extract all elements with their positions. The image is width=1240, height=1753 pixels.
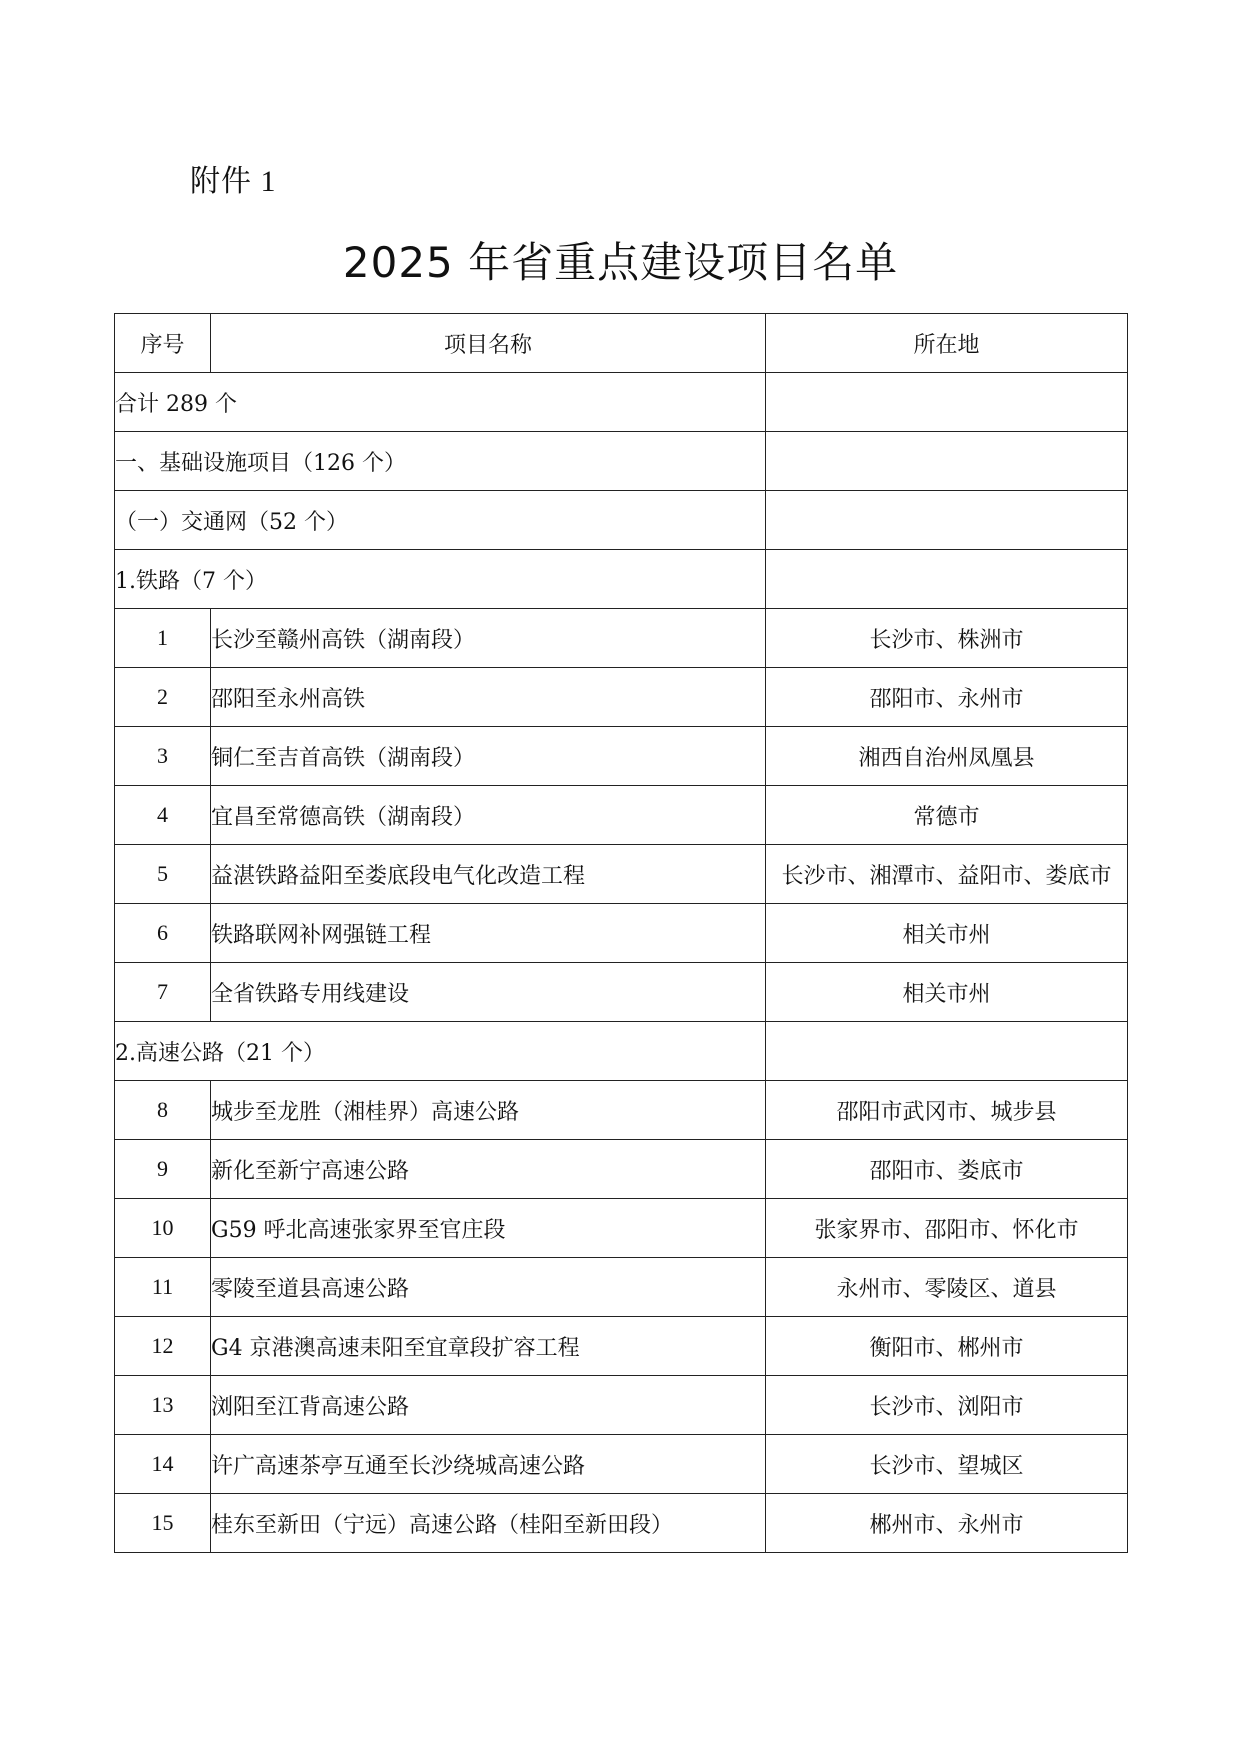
table-row: 11 零陵至道县高速公路 永州市、零陵区、道县 bbox=[115, 1258, 1128, 1317]
category-row: 一、基础设施项目（126 个） bbox=[115, 432, 1128, 491]
category-label: 一、基础设施项目（126 个） bbox=[115, 432, 766, 491]
row-location: 长沙市、株洲市 bbox=[766, 609, 1128, 668]
row-location: 张家界市、邵阳市、怀化市 bbox=[766, 1199, 1128, 1258]
row-no: 10 bbox=[115, 1199, 211, 1258]
row-no: 1 bbox=[115, 609, 211, 668]
subcategory-label: （一）交通网（52 个） bbox=[115, 491, 766, 550]
row-no: 4 bbox=[115, 786, 211, 845]
row-no: 13 bbox=[115, 1376, 211, 1435]
row-location: 相关市州 bbox=[766, 963, 1128, 1022]
row-location: 邵阳市、娄底市 bbox=[766, 1140, 1128, 1199]
row-location: 邵阳市武冈市、城步县 bbox=[766, 1081, 1128, 1140]
header-no: 序号 bbox=[115, 314, 211, 373]
row-no: 7 bbox=[115, 963, 211, 1022]
row-location: 长沙市、湘潭市、益阳市、娄底市 bbox=[766, 845, 1128, 904]
table-row: 5 益湛铁路益阳至娄底段电气化改造工程 长沙市、湘潭市、益阳市、娄底市 bbox=[115, 845, 1128, 904]
document-title: 2025 年省重点建设项目名单 bbox=[114, 236, 1127, 290]
table-row: 12 G4 京港澳高速耒阳至宜章段扩容工程 衡阳市、郴州市 bbox=[115, 1317, 1128, 1376]
group-row-expressway: 2.高速公路（21 个） bbox=[115, 1022, 1128, 1081]
group-location-empty bbox=[766, 1022, 1128, 1081]
row-no: 5 bbox=[115, 845, 211, 904]
total-row: 合计 289 个 bbox=[115, 373, 1128, 432]
row-name: 长沙至赣州高铁（湖南段） bbox=[211, 609, 766, 668]
group-row-railway: 1.铁路（7 个） bbox=[115, 550, 1128, 609]
attachment-label: 附件 1 bbox=[190, 162, 277, 202]
group-label: 2.高速公路（21 个） bbox=[115, 1022, 766, 1081]
row-no: 14 bbox=[115, 1435, 211, 1494]
row-name: 宜昌至常德高铁（湖南段） bbox=[211, 786, 766, 845]
row-location: 长沙市、浏阳市 bbox=[766, 1376, 1128, 1435]
row-location: 永州市、零陵区、道县 bbox=[766, 1258, 1128, 1317]
row-name: 许广高速茶亭互通至长沙绕城高速公路 bbox=[211, 1435, 766, 1494]
total-label: 合计 289 个 bbox=[115, 373, 766, 432]
row-location: 常德市 bbox=[766, 786, 1128, 845]
total-location-empty bbox=[766, 373, 1128, 432]
row-name: 新化至新宁高速公路 bbox=[211, 1140, 766, 1199]
row-name: 桂东至新田（宁远）高速公路（桂阳至新田段） bbox=[211, 1494, 766, 1553]
row-name: 零陵至道县高速公路 bbox=[211, 1258, 766, 1317]
group-label: 1.铁路（7 个） bbox=[115, 550, 766, 609]
row-no: 12 bbox=[115, 1317, 211, 1376]
row-location: 湘西自治州凤凰县 bbox=[766, 727, 1128, 786]
row-name: G4 京港澳高速耒阳至宜章段扩容工程 bbox=[211, 1317, 766, 1376]
row-no: 3 bbox=[115, 727, 211, 786]
row-no: 15 bbox=[115, 1494, 211, 1553]
row-name: 邵阳至永州高铁 bbox=[211, 668, 766, 727]
table-row: 2 邵阳至永州高铁 邵阳市、永州市 bbox=[115, 668, 1128, 727]
table-row: 6 铁路联网补网强链工程 相关市州 bbox=[115, 904, 1128, 963]
row-name: 全省铁路专用线建设 bbox=[211, 963, 766, 1022]
project-table: 序号 项目名称 所在地 合计 289 个 一、基础设施项目（126 个） （一）… bbox=[114, 313, 1128, 1553]
row-no: 2 bbox=[115, 668, 211, 727]
row-name: G59 呼北高速张家界至官庄段 bbox=[211, 1199, 766, 1258]
header-location: 所在地 bbox=[766, 314, 1128, 373]
table-row: 1 长沙至赣州高铁（湖南段） 长沙市、株洲市 bbox=[115, 609, 1128, 668]
subcategory-location-empty bbox=[766, 491, 1128, 550]
group-location-empty bbox=[766, 550, 1128, 609]
table-row: 15 桂东至新田（宁远）高速公路（桂阳至新田段） 郴州市、永州市 bbox=[115, 1494, 1128, 1553]
table-row: 4 宜昌至常德高铁（湖南段） 常德市 bbox=[115, 786, 1128, 845]
table-row: 7 全省铁路专用线建设 相关市州 bbox=[115, 963, 1128, 1022]
row-name: 铜仁至吉首高铁（湖南段） bbox=[211, 727, 766, 786]
category-location-empty bbox=[766, 432, 1128, 491]
table-row: 3 铜仁至吉首高铁（湖南段） 湘西自治州凤凰县 bbox=[115, 727, 1128, 786]
row-location: 邵阳市、永州市 bbox=[766, 668, 1128, 727]
row-name: 益湛铁路益阳至娄底段电气化改造工程 bbox=[211, 845, 766, 904]
table-row: 13 浏阳至江背高速公路 长沙市、浏阳市 bbox=[115, 1376, 1128, 1435]
table-row: 9 新化至新宁高速公路 邵阳市、娄底市 bbox=[115, 1140, 1128, 1199]
row-name: 浏阳至江背高速公路 bbox=[211, 1376, 766, 1435]
row-no: 9 bbox=[115, 1140, 211, 1199]
header-name: 项目名称 bbox=[211, 314, 766, 373]
row-location: 郴州市、永州市 bbox=[766, 1494, 1128, 1553]
row-no: 11 bbox=[115, 1258, 211, 1317]
table-row: 14 许广高速茶亭互通至长沙绕城高速公路 长沙市、望城区 bbox=[115, 1435, 1128, 1494]
row-no: 8 bbox=[115, 1081, 211, 1140]
table-row: 8 城步至龙胜（湘桂界）高速公路 邵阳市武冈市、城步县 bbox=[115, 1081, 1128, 1140]
row-no: 6 bbox=[115, 904, 211, 963]
table-header-row: 序号 项目名称 所在地 bbox=[115, 314, 1128, 373]
row-name: 铁路联网补网强链工程 bbox=[211, 904, 766, 963]
table-row: 10 G59 呼北高速张家界至官庄段 张家界市、邵阳市、怀化市 bbox=[115, 1199, 1128, 1258]
row-location: 长沙市、望城区 bbox=[766, 1435, 1128, 1494]
row-location: 衡阳市、郴州市 bbox=[766, 1317, 1128, 1376]
subcategory-row: （一）交通网（52 个） bbox=[115, 491, 1128, 550]
row-name: 城步至龙胜（湘桂界）高速公路 bbox=[211, 1081, 766, 1140]
row-location: 相关市州 bbox=[766, 904, 1128, 963]
